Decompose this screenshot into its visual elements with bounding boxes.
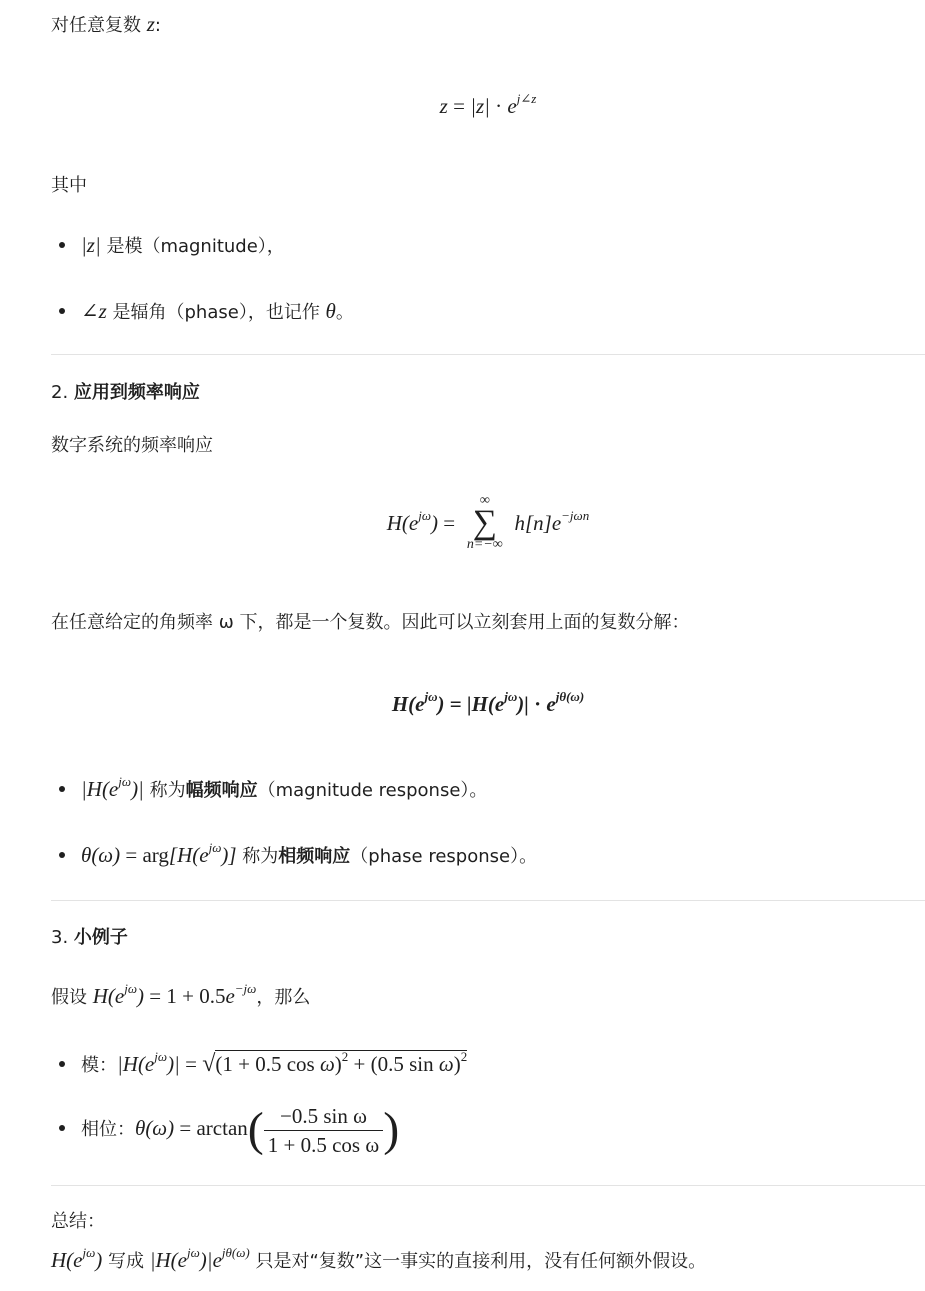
divider (51, 1185, 925, 1186)
polar-form-formula: z = |z| · ej∠z (51, 94, 925, 119)
phase-label: 相位： (81, 1119, 135, 1140)
called-text: 称为 (144, 780, 186, 801)
heading-number: 2. (51, 382, 74, 403)
colon: : (155, 15, 161, 36)
magnitude-label: 模： (81, 1055, 117, 1076)
divider (51, 354, 925, 355)
term-magnitude-response: 幅频响应 (186, 780, 258, 801)
numerator: −0.5 sin ω (264, 1102, 383, 1131)
heading-text: 应用到频率响应 (74, 382, 200, 403)
summary-tail: 只是对“复数”这一事实的直接利用，没有任何额外假设。 (250, 1251, 706, 1272)
decomposition-paragraph: 在任意给定的角频率 ω 下，都是一个复数。因此可以立刻套用上面的复数分解： (51, 610, 690, 636)
called-text: 称为 (237, 846, 279, 867)
bullet-icon (59, 308, 65, 314)
bullet-icon (59, 786, 65, 792)
summary-text: H(ejω) 写成 |H(ejω)|ejθ(ω) 只是对“复数”这一事实的直接利… (51, 1247, 706, 1275)
heading-number: 3. (51, 927, 74, 948)
assume-text: 假设 (51, 987, 93, 1008)
math-abs-z: |z| (81, 233, 101, 257)
summation: ∞ ∑ n=−∞ (467, 494, 503, 552)
denominator: 1 + 0.5 cos ω (264, 1131, 383, 1159)
sum-lower-limit: n=−∞ (467, 538, 503, 552)
where-label: 其中 (51, 173, 87, 199)
magnitude-text: 是模（magnitude）， (101, 236, 285, 257)
bullet-icon (59, 852, 65, 858)
divider (51, 900, 925, 901)
english-term: （phase response）。 (350, 846, 537, 867)
summary-label: 总结： (51, 1209, 105, 1235)
list-item-phase: ∠z 是辐角（phase），也记作 θ。 (51, 297, 354, 327)
bullet-icon (59, 1125, 65, 1131)
list-item-magnitude-response: |H(ejω)| 称为幅频响应（magnitude response）。 (51, 775, 537, 805)
bullet-icon (59, 242, 65, 248)
fraction: −0.5 sin ω1 + 0.5 cos ω (264, 1102, 383, 1159)
math-theta: θ (326, 299, 336, 323)
variable-z: z (147, 12, 155, 36)
math-angle-z: ∠z (81, 299, 107, 323)
definition-list: |z| 是模（magnitude）， ∠z 是辐角（phase），也记作 θ。 (51, 231, 354, 327)
frequency-response-intro: 数字系统的频率响应 (51, 433, 213, 459)
example-assumption: 假设 H(ejω) = 1 + 0.5e−jω，那么 (51, 983, 310, 1011)
response-definitions: |H(ejω)| 称为幅频响应（magnitude response）。 θ(ω… (51, 775, 537, 871)
dtft-formula: H(ejω) = ∞ ∑ n=−∞ h[n]e−jωn (51, 494, 925, 552)
english-term: （magnitude response）。 (258, 780, 488, 801)
period: 。 (336, 302, 354, 323)
intro-text: 对任意复数 (51, 15, 147, 36)
intro-paragraph: 对任意复数 z: (51, 11, 161, 39)
list-item-magnitude: |z| 是模（magnitude）， (51, 231, 354, 261)
list-item-phase-response: θ(ω) = arg[H(ejω)] 称为相频响应（phase response… (51, 841, 537, 871)
heading-text: 小例子 (74, 927, 128, 948)
list-item-phase-example: 相位：θ(ω) = arctan(−0.5 sin ω1 + 0.5 cos ω… (51, 1098, 467, 1160)
list-item-magnitude-example: 模：|H(ejω)| = √(1 + 0.5 cos ω)2 + (0.5 si… (51, 1050, 467, 1080)
term-phase-response: 相频响应 (278, 846, 350, 867)
section-heading-2: 2. 应用到频率响应 (51, 380, 200, 406)
then-text: ，那么 (256, 987, 310, 1008)
section-heading-3: 3. 小例子 (51, 925, 128, 951)
decomposition-formula: H(ejω) = |H(ejω)| · ejθ(ω) (51, 692, 925, 717)
phase-text: 是辐角（phase），也记作 (107, 302, 326, 323)
bullet-icon (59, 1061, 65, 1067)
written-as-text: 写成 (102, 1251, 149, 1272)
example-results: 模：|H(ejω)| = √(1 + 0.5 cos ω)2 + (0.5 si… (51, 1050, 467, 1160)
